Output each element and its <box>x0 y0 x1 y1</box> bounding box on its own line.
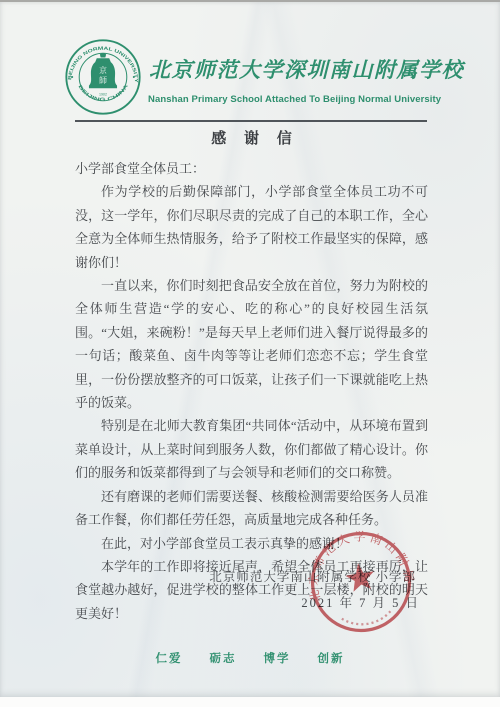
school-name-chinese: 北京师范大学深圳南山附属学校 <box>149 54 449 84</box>
svg-text:京: 京 <box>99 65 107 75</box>
scanned-letter-page: BEIJING NORMAL UNIVERSITY BEIJING CHINA … <box>0 0 500 707</box>
seal-right-dot <box>133 76 135 78</box>
paragraph-2: 一直以来，你们时刻把食品安全放在首位，努力为附校的全体师生营造“学的安心、吃的称… <box>75 274 428 414</box>
school-motto: 仁爱 砺志 博学 创新 <box>0 650 500 666</box>
official-red-stamp: 北京师范大学南山附属学校 <box>296 517 426 647</box>
svg-text:師: 師 <box>99 75 107 85</box>
paragraph-3: 特别是在北师大教育集团“共同体“活动中，从环境布置到菜单设计，从上菜时间到服务人… <box>75 414 428 484</box>
letter-paper: BEIJING NORMAL UNIVERSITY BEIJING CHINA … <box>0 2 500 697</box>
stamp-star-icon <box>344 561 377 593</box>
salutation: 小学部食堂全体员工： <box>75 157 428 180</box>
school-name-english: Nanshan Primary School Attached To Beiji… <box>148 94 468 105</box>
seal-bell-icon: 京 師 <box>89 53 117 88</box>
letterhead-divider <box>75 120 427 122</box>
motto-word-1: 仁爱 <box>156 650 183 666</box>
letter-title: 感 谢 信 <box>75 127 428 148</box>
motto-word-4: 创新 <box>318 650 345 666</box>
school-seal-icon: BEIJING NORMAL UNIVERSITY BEIJING CHINA … <box>62 38 144 116</box>
paragraph-1: 作为学校的后勤保障部门，小学部食堂全体员工功不可没，这一学年，你们尽职尽责的完成… <box>75 180 428 274</box>
motto-word-3: 博学 <box>264 650 291 666</box>
seal-year: 1902 <box>99 92 107 96</box>
motto-word-2: 砺志 <box>210 650 237 666</box>
seal-left-dot <box>71 76 73 78</box>
